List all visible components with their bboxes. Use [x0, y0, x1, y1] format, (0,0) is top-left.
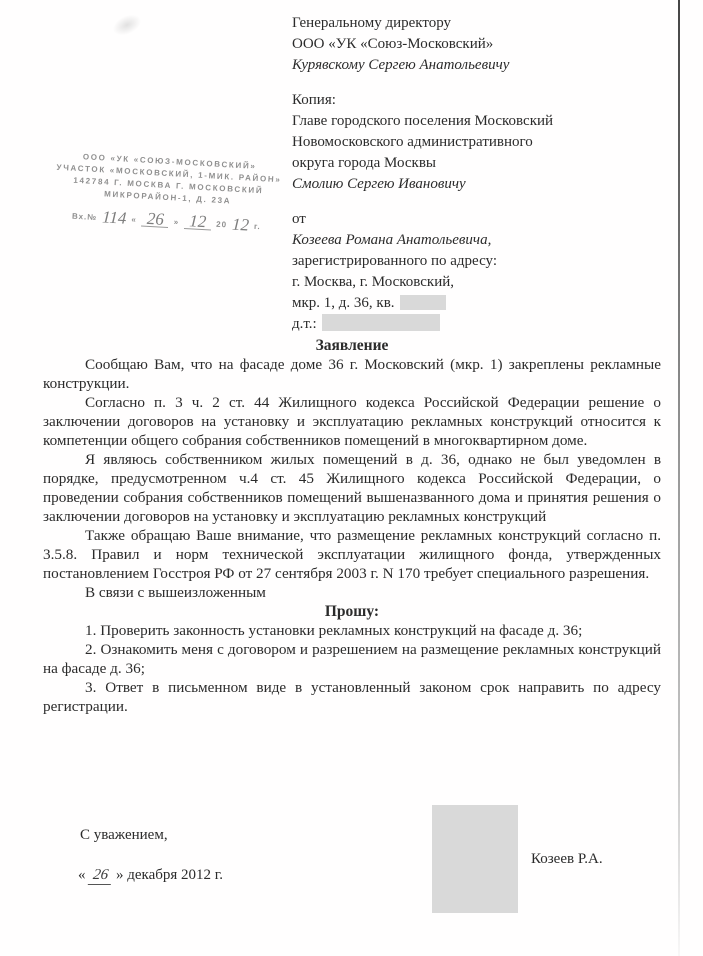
recipient-line: Курявскому Сергею Анатольевичу	[292, 55, 642, 76]
apartment-label: мкр. 1, д. 36, кв.	[292, 295, 395, 311]
body-paragraph: Согласно п. 3 ч. 2 ст. 44 Жилищного коде…	[43, 393, 661, 450]
request-item: 3. Ответ в письменном виде в установленн…	[43, 678, 661, 716]
redaction-box-signature	[432, 805, 518, 913]
body-paragraph: Сообщаю Вам, что на фасаде доме 36 г. Мо…	[43, 355, 661, 393]
stamp-year-suffix: г.	[254, 220, 261, 233]
body-paragraph: Я являюсь собственником жилых помещений …	[43, 450, 661, 526]
stamp-incoming-label: Вх.№	[72, 210, 98, 224]
request-item: 2. Ознакомить меня с договором и разреше…	[43, 640, 661, 678]
redaction-box-phone	[322, 314, 440, 331]
addressee-block: Генеральному директору ООО «УК «Союз-Мос…	[292, 13, 642, 335]
request-item: 1. Проверить законность установки реклам…	[43, 621, 661, 640]
copy-recipient-line: округа города Москвы	[292, 153, 642, 174]
sender-phone-line: д.т.:	[292, 314, 642, 335]
copy-recipient-line: Смолию Сергею Ивановичу	[292, 174, 642, 195]
document-body: Заявление Сообщаю Вам, что на фасаде дом…	[43, 336, 661, 716]
spacer	[292, 195, 642, 209]
stamp-quote-open: «	[131, 213, 137, 226]
stamp-day-handwritten: 26	[141, 211, 169, 228]
phone-label: д.т.:	[292, 316, 317, 332]
date-day-handwritten: 26	[88, 867, 114, 885]
scan-edge-line	[678, 0, 680, 956]
date-quote-open: «	[78, 867, 86, 883]
date-text: декабря 2012 г.	[127, 867, 223, 883]
body-paragraph: Также обращаю Ваше внимание, что размеще…	[43, 526, 661, 583]
transition-line: В связи с вышеизложенным	[43, 583, 661, 602]
stamp-month-handwritten: 12	[184, 213, 212, 230]
stamp-quote-close: »	[173, 215, 179, 228]
sender-address-line: г. Москва, г. Московский,	[292, 272, 642, 293]
stamp-year-prefix: 20	[216, 218, 228, 232]
from-label: от	[292, 209, 642, 230]
sender-address-line: мкр. 1, д. 36, кв.	[292, 293, 642, 314]
regards-line: С уважением,	[80, 827, 168, 844]
scan-smudge	[110, 11, 145, 40]
spacer	[292, 76, 642, 90]
scanned-letter-page: ООО «УК «СОЮЗ-МОСКОВСКИЙ» УЧАСТОК «МОСКО…	[0, 0, 703, 956]
document-title: Заявление	[43, 336, 661, 355]
sender-name-line: Козеева Романа Анатольевича,	[292, 230, 642, 251]
signature-name: Козеев Р.А.	[531, 851, 603, 868]
incoming-stamp: ООО «УК «СОЮЗ-МОСКОВСКИЙ» УЧАСТОК «МОСКО…	[46, 149, 290, 234]
copy-recipient-line: Главе городского поселения Московский	[292, 111, 642, 132]
sender-address-line: зарегистрированного по адресу:	[292, 251, 642, 272]
request-heading: Прошу:	[43, 602, 661, 621]
stamp-incoming-number-handwritten: 114	[102, 209, 127, 225]
recipient-line: Генеральному директору	[292, 13, 642, 34]
recipient-line: ООО «УК «Союз-Московский»	[292, 34, 642, 55]
redaction-box-apartment	[400, 295, 446, 310]
date-quote-close: »	[116, 867, 124, 883]
date-line: « 26 » декабря 2012 г.	[78, 867, 223, 885]
stamp-incoming-line: Вх.№ 114 « 26 » 12 20 12 г.	[46, 205, 287, 234]
copy-recipient-line: Новомосковского административного	[292, 132, 642, 153]
stamp-year-handwritten: 12	[232, 217, 250, 233]
copy-label: Копия:	[292, 90, 642, 111]
